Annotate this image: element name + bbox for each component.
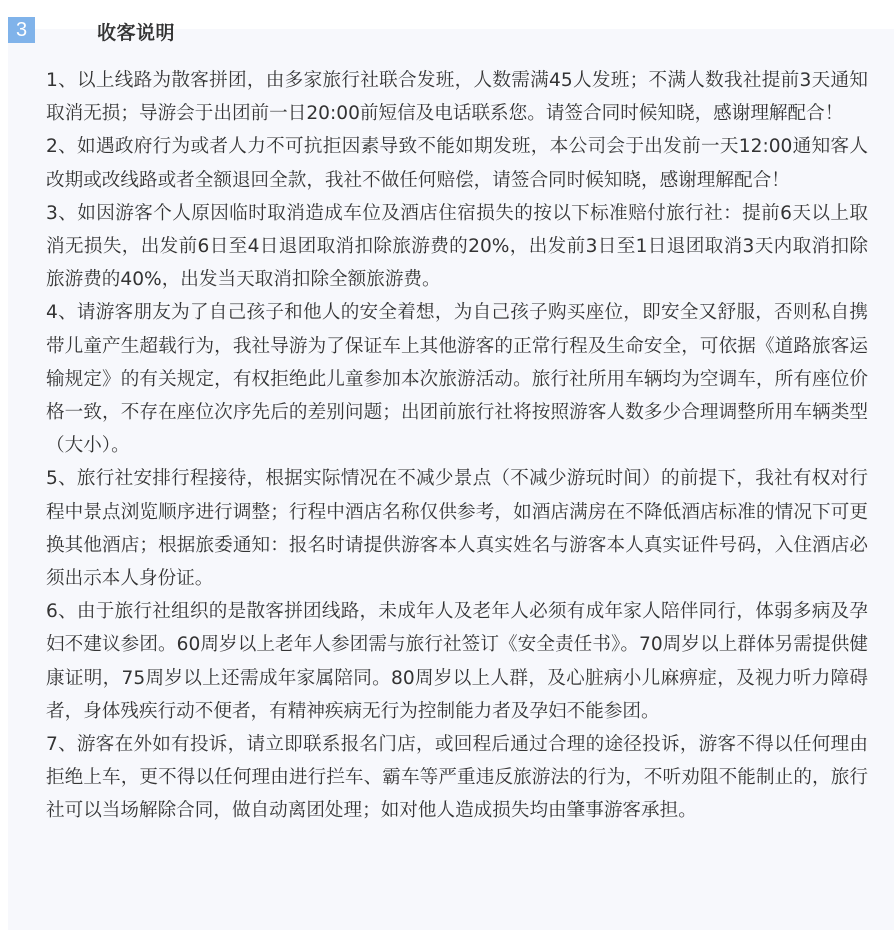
notes-list: 1、以上线路为散客拼团，由多家旅行社联合发班，人数需满45人发班；不满人数我社提…	[46, 64, 868, 828]
note-item-6: 6、由于旅行社组织的是散客拼团线路，未成年人及老年人必须有成年家人陪伴同行，体弱…	[46, 595, 868, 728]
note-item-2: 2、如遇政府行为或者人力不可抗拒因素导致不能如期发班，本公司会于出发前一天12:…	[46, 130, 868, 196]
note-item-3: 3、如因游客个人原因临时取消造成车位及酒店住宿损失的按以下标准赔付旅行社：提前6…	[46, 197, 868, 297]
note-item-4: 4、请游客朋友为了自己孩子和他人的安全着想，为自己孩子购买座位，即安全又舒服，否…	[46, 296, 868, 462]
section-number-badge: 3	[8, 17, 35, 43]
booking-notes-section: 3 收客说明 1、以上线路为散客拼团，由多家旅行社联合发班，人数需满45人发班；…	[0, 0, 894, 930]
note-item-7: 7、游客在外如有投诉，请立即联系报名门店，或回程后通过合理的途径投诉，游客不得以…	[46, 728, 868, 828]
section-title: 收客说明	[97, 19, 175, 47]
note-item-5: 5、旅行社安排行程接待，根据实际情况在不减少景点（不减少游玩时间）的前提下，我社…	[46, 462, 868, 595]
note-item-1: 1、以上线路为散客拼团，由多家旅行社联合发班，人数需满45人发班；不满人数我社提…	[46, 64, 868, 130]
